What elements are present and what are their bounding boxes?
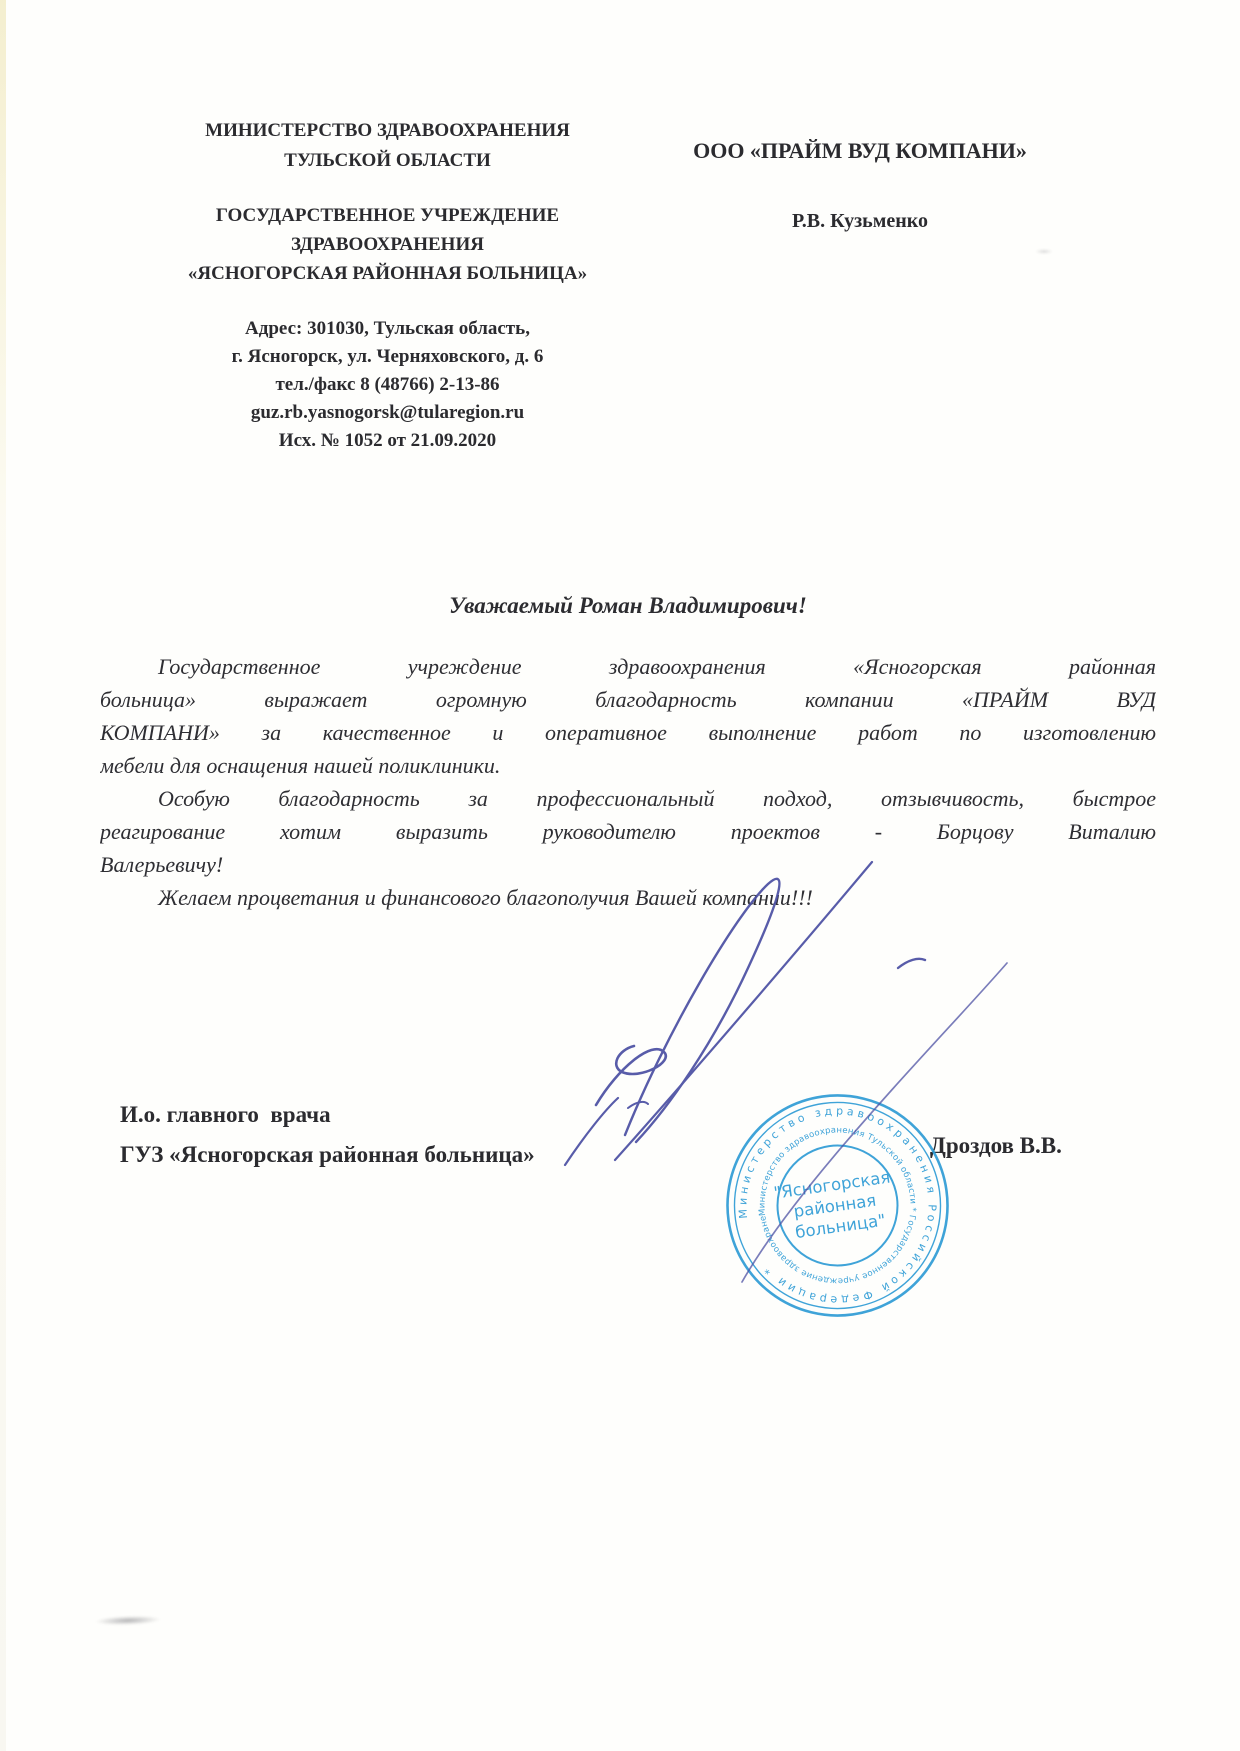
letterhead-org-block: МИНИСТЕРСТВО ЗДРАВООХРАНЕНИЯ ТУЛЬСКОЙ ОБ… bbox=[165, 116, 610, 455]
ministry-line-1: МИНИСТЕРСТВО ЗДРАВООХРАНЕНИЯ bbox=[165, 116, 610, 146]
ministry-line-2: ТУЛЬСКОЙ ОБЛАСТИ bbox=[165, 146, 610, 176]
institution-name: ГОСУДАРСТВЕННОЕ УЧРЕЖДЕНИЕ ЗДРАВООХРАНЕН… bbox=[165, 201, 610, 288]
body-line: КОМПАНИ» за качественное и оперативное в… bbox=[100, 716, 1156, 749]
body-line: мебели для оснащения нашей поликлиники. bbox=[100, 749, 1156, 782]
address-line-2: г. Ясногорск, ул. Черняховского, д. 6 bbox=[165, 343, 610, 371]
salutation: Уважаемый Роман Владимирович! bbox=[100, 593, 1156, 619]
signature-stroke bbox=[742, 963, 1007, 1282]
signature-stroke bbox=[898, 959, 925, 968]
scan-smudge bbox=[95, 1615, 161, 1626]
signer-position-line-1: И.о. главного врача bbox=[120, 1095, 535, 1135]
ministry-name: МИНИСТЕРСТВО ЗДРАВООХРАНЕНИЯ ТУЛЬСКОЙ ОБ… bbox=[165, 116, 610, 176]
recipient-company: ООО «ПРАЙМ ВУД КОМПАНИ» bbox=[640, 137, 1080, 165]
body-line: Государственное учреждение здравоохранен… bbox=[100, 650, 1156, 683]
email-line: guz.rb.yasnogorsk@tularegion.ru bbox=[165, 399, 610, 427]
signer-title-block: И.о. главного врача ГУЗ «Ясногорская рай… bbox=[120, 1095, 535, 1175]
address-line-1: Адрес: 301030, Тульская область, bbox=[165, 315, 610, 343]
scanned-letter-page: МИНИСТЕРСТВО ЗДРАВООХРАНЕНИЯ ТУЛЬСКОЙ ОБ… bbox=[0, 0, 1240, 1751]
body-line: Особую благодарность за профессиональный… bbox=[100, 782, 1156, 815]
signature-stroke bbox=[596, 1046, 666, 1105]
letterhead-address: Адрес: 301030, Тульская область, г. Ясно… bbox=[165, 315, 610, 455]
institution-line-2: ЗДРАВООХРАНЕНИЯ bbox=[165, 230, 610, 259]
outgoing-ref-number: Исх. № 1052 от 21.09.2020 bbox=[165, 427, 610, 455]
signature-stroke bbox=[565, 1098, 618, 1165]
recipient-block: ООО «ПРАЙМ ВУД КОМПАНИ» Р.В. Кузьменко bbox=[640, 137, 1080, 233]
body-line: больница» выражает огромную благодарност… bbox=[100, 683, 1156, 716]
institution-line-1: ГОСУДАРСТВЕННОЕ УЧРЕЖДЕНИЕ bbox=[165, 201, 610, 230]
signature-stroke bbox=[615, 862, 872, 1160]
institution-line-3: «ЯСНОГОРСКАЯ РАЙОННАЯ БОЛЬНИЦА» bbox=[165, 259, 610, 288]
scan-smudge bbox=[1035, 249, 1053, 254]
handwritten-signature bbox=[540, 840, 1020, 1300]
signer-position-line-2: ГУЗ «Ясногорская районная больница» bbox=[120, 1135, 535, 1175]
scan-edge-artifact bbox=[0, 0, 6, 1751]
signature-stroke bbox=[625, 879, 779, 1142]
phone-fax-line: тел./факс 8 (48766) 2-13-86 bbox=[165, 371, 610, 399]
recipient-person: Р.В. Кузьменко bbox=[640, 210, 1080, 233]
